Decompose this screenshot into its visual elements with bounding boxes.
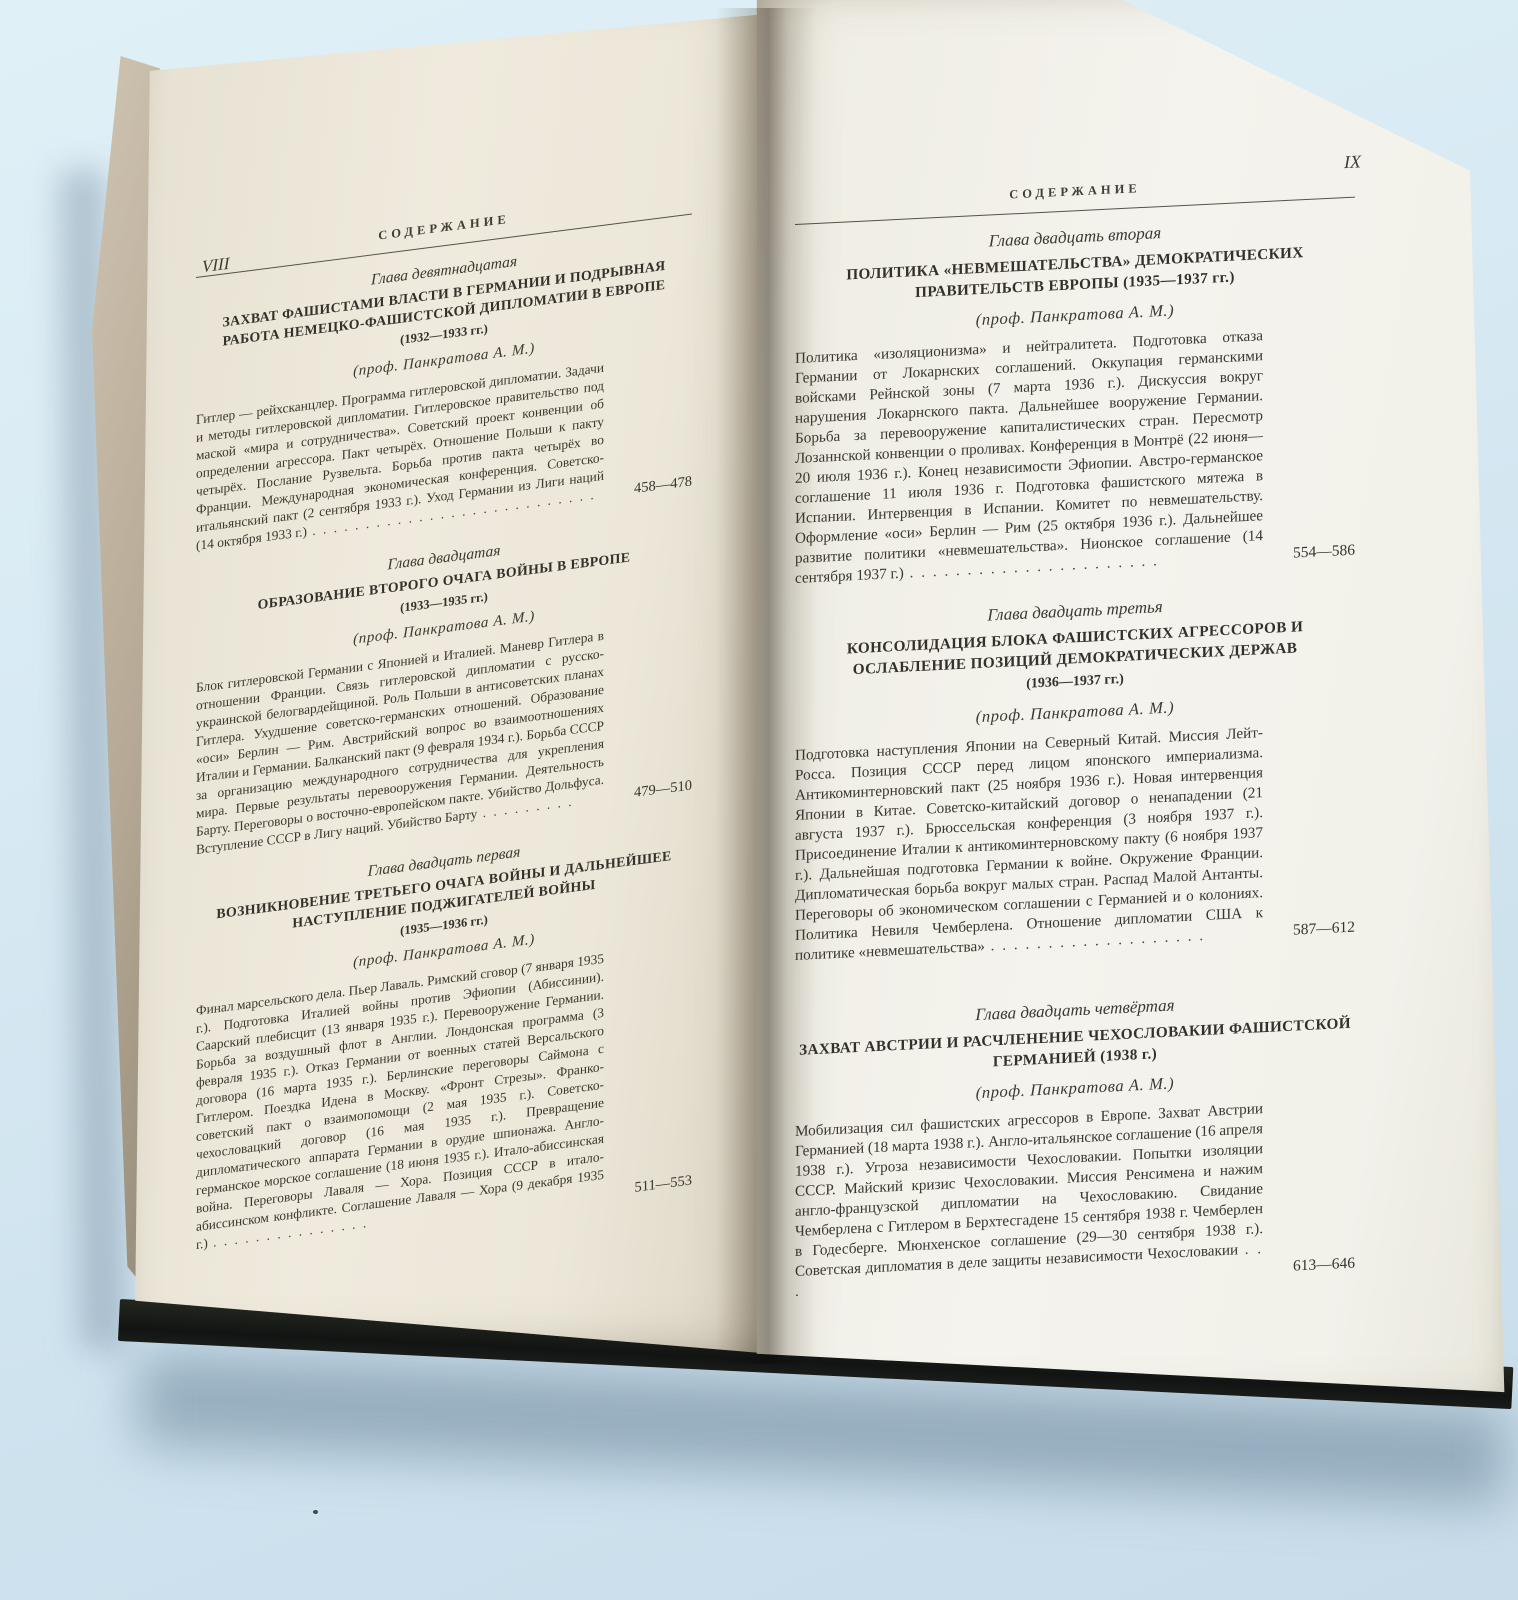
right-page-header: IX СОДЕРЖАНИЕ	[795, 168, 1355, 225]
left-page: VIII СОДЕРЖАНИЕ Глава девятнадцатая ЗАХВ…	[108, 0, 772, 1362]
chapter-annotation: Политика «изоляционизма» и нейтралитета.…	[795, 327, 1263, 587]
left-page-content: VIII СОДЕРЖАНИЕ Глава девятнадцатая ЗАХВ…	[196, 186, 692, 1254]
chapter-23: Глава двадцать третья КОНСОЛИДАЦИЯ БЛОКА…	[795, 588, 1355, 966]
chapter-22: Глава двадцать вторая ПОЛИТИКА «НЕВМЕШАТ…	[795, 214, 1355, 589]
chapter-entry: Финал марсельского дела. Пьер Лаваль. Ри…	[196, 938, 692, 1254]
chapter-annotation: Блок гитлеровской Германии с Японией и И…	[196, 628, 604, 857]
chapter-24: Глава двадцать четвёртая ЗАХВАТ АВСТРИИ …	[795, 987, 1355, 1302]
right-page: IX СОДЕРЖАНИЕ Глава двадцать вторая ПОЛИ…	[753, 0, 1515, 1422]
page-range: 587—612	[1293, 918, 1355, 941]
page-range: 479—510	[634, 776, 692, 801]
chapter-entry: Подготовка наступления Японии на Северны…	[795, 719, 1355, 966]
page-range: 613—646	[1293, 1254, 1355, 1277]
page-range: 458—478	[634, 472, 692, 497]
chapter-19: Глава девятнадцатая ЗАХВАТ ФАШИСТАМИ ВЛА…	[196, 230, 692, 555]
folio-left: VIII	[202, 255, 229, 277]
folio-right: IX	[1344, 151, 1361, 172]
dust-speck	[313, 1510, 318, 1514]
page-range: 554—586	[1293, 541, 1355, 564]
chapter-entry: Политика «изоляционизма» и нейтралитета.…	[795, 322, 1355, 589]
book-photo: VIII СОДЕРЖАНИЕ Глава девятнадцатая ЗАХВ…	[0, 0, 1518, 1600]
page-range: 511—553	[635, 1171, 692, 1196]
running-head-right: СОДЕРЖАНИЕ	[795, 168, 1355, 215]
gutter-shadow	[716, 8, 816, 1364]
chapter-annotation: Финал марсельского дела. Пьер Лаваль. Ри…	[196, 951, 604, 1252]
chapter-entry: Мобилизация сил фашистских агрессоров в …	[795, 1095, 1355, 1302]
right-page-content: IX СОДЕРЖАНИЕ Глава двадцать вторая ПОЛИ…	[795, 168, 1355, 1302]
chapter-20: Глава двадцатая ОБРАЗОВАНИЕ ВТОРОГО ОЧАГ…	[196, 517, 692, 859]
chapter-21: Глава двадцать первая ВОЗНИКНОВЕНИЕ ТРЕТ…	[196, 821, 692, 1254]
chapter-annotation: Мобилизация сил фашистских агрессоров в …	[795, 1100, 1263, 1280]
